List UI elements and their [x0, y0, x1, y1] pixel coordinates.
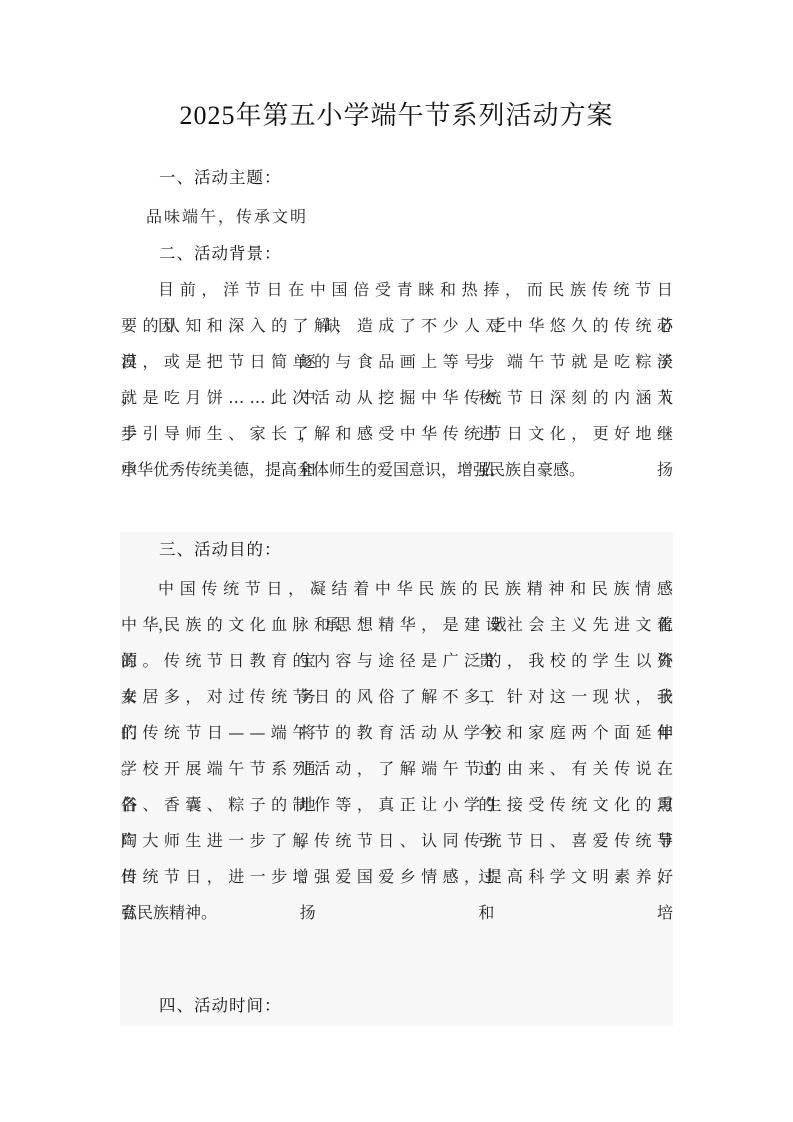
- section-body: 目 前 ， 洋 节 日 在 中 国 倍 受 青 睐 和 热 捧 ， 而 民 族 …: [121, 272, 673, 488]
- document-title: 2025年第五小学端午节系列活动方案: [0, 98, 793, 134]
- paragraph-line: 学 校 开 展 端 午 节 系 列 活 动 ， 了 解 端 午 节 的 由 来 …: [121, 751, 673, 787]
- paragraph-line: 女 居 多 ， 对 过 传 统 节 日 的 风 俗 了 解 不 多 ， 针 对 …: [121, 679, 673, 715]
- document-page: 2025年第五小学端午节系列活动方案 一、活动主题： 品味端午，传承文明 二、活…: [0, 0, 793, 1122]
- section-background: 二、活动背景： 目 前 ， 洋 节 日 在 中 国 倍 受 青 睐 和 热 捧 …: [121, 236, 673, 488]
- section-heading: 三、活动目的：: [121, 532, 673, 568]
- section-purpose: 三、活动目的： 中 国 传 统 节 日 ， 凝 结 着 中 华 民 族 的 民 …: [121, 532, 673, 931]
- section-time: 四、活动时间：: [121, 988, 673, 1024]
- section-heading: 二、活动背景：: [121, 236, 673, 272]
- paragraph-line: 的 传 统 节 日 — — 端 午 节 的 教 育 活 动 从 学 校 和 家 …: [121, 715, 673, 751]
- paragraph-line: 步 引 导 师 生 、 家 长 了 解 和 感 受 中 华 传 统 节 日 文 …: [121, 416, 673, 452]
- section-heading: 一、活动主题：: [121, 160, 673, 196]
- section-heading: 四、活动时间：: [121, 988, 673, 1024]
- section-theme: 一、活动主题： 品味端午，传承文明: [121, 160, 673, 235]
- paragraph-line: 源 。 传 统 节 日 教 育 的 内 容 与 途 径 是 广 泛 的 ， 我 …: [121, 643, 673, 679]
- section-body: 中 国 传 统 节 日 ， 凝 结 着 中 华 民 族 的 民 族 精 神 和 …: [121, 571, 673, 931]
- paragraph-line: 俗 、 香 囊 、 粽 子 的 制 作 等 ， 真 正 让 小 学 生 接 受 …: [121, 787, 673, 823]
- paragraph-line: 目 前 ， 洋 节 日 在 中 国 倍 受 青 睐 和 热 捧 ， 而 民 族 …: [121, 272, 673, 308]
- paragraph-line: 传 统 节 日 ， 进 一 步 增 强 爱 国 爱 乡 情 感 ， 提 高 科 …: [121, 859, 673, 895]
- paragraph-line: 漠 ， 或 是 把 节 日 简 单 的 与 食 品 画 上 等 号 。 端 午 …: [121, 344, 673, 380]
- paragraph-line: 广 大 师 生 进 一 步 了 解 传 统 节 日 、 认 同 传 统 节 日 …: [121, 823, 673, 859]
- paragraph-line: 中 华 民 族 的 文 化 血 脉 和 思 想 精 华 ， 是 建 设 社 会 …: [121, 607, 673, 643]
- paragraph-line: 要 的 认 知 和 深 入 的 了 解 ， 造 成 了 不 少 人 对 中 华 …: [121, 308, 673, 344]
- paragraph-line: 中 国 传 统 节 日 ， 凝 结 着 中 华 民 族 的 民 族 精 神 和 …: [121, 571, 673, 607]
- theme-text: 品味端午，传承文明: [121, 199, 673, 235]
- paragraph-line: 就 是 吃 月 饼 … … 此 次 活 动 从 挖 掘 中 华 传 统 节 日 …: [121, 380, 673, 416]
